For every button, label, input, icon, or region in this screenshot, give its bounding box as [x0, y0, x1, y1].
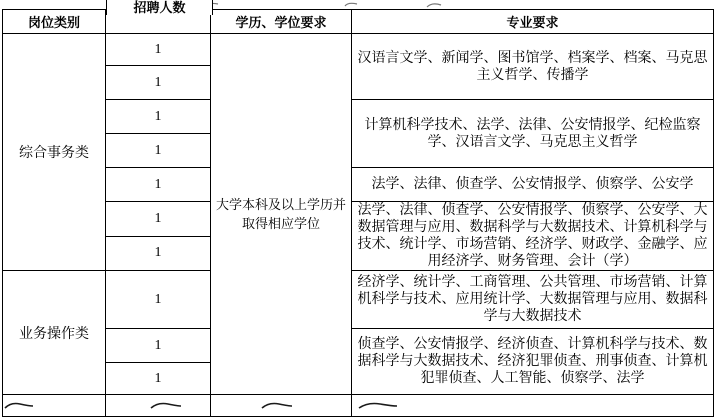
headcount-cell: 1 — [106, 100, 211, 134]
major-requirement-cell: 法学、法律、侦查学、公安情报学、侦察学、公安学、大数据管理与应用、数据科学与大数… — [352, 202, 714, 271]
category-cell-general-affairs: 综合事务类 — [3, 34, 106, 271]
headcount-cell: 1 — [106, 236, 211, 271]
header-position-category: 岗位类别 — [3, 10, 106, 34]
major-requirement-cell: 侦查学、公安情报学、经济侦查、计算机科学与技术、数据科学与大数据技术、经济犯罪侦… — [352, 329, 714, 395]
scan-artifact — [426, 1, 442, 8]
major-requirement-cell: 经济学、统计学、工商管理、公共管理、市场营销、计算机科学与技术、应用统计学、大数… — [352, 271, 714, 329]
header-major: 专业要求 — [352, 10, 714, 34]
table-row: 1 侦查学、公安情报学、经济侦查、计算机科学与技术、数据科学与大数据技术、经济犯… — [3, 329, 714, 363]
headcount-cell: 1 — [106, 168, 211, 202]
scan-artifact — [261, 401, 293, 410]
scan-artifact — [358, 401, 398, 410]
table-row: 业务操作类 1 经济学、统计学、工商管理、公共管理、市场营销、计算机科学与技术、… — [3, 271, 714, 329]
category-cell-business-operations: 业务操作类 — [3, 271, 106, 395]
headcount-cell: 1 — [106, 134, 211, 168]
table-row: 综合事务类 1 大学本科及以上学历并取得相应学位 汉语言文学、新闻学、图书馆学、… — [3, 34, 714, 66]
scan-artifact — [4, 401, 34, 410]
cut-off-table-row — [3, 395, 714, 417]
scan-artifact — [150, 401, 182, 410]
major-requirement-cell: 汉语言文学、新闻学、图书馆学、档案学、档案、马克思主义哲学、传播学 — [352, 34, 714, 100]
cut-off-row-cell — [211, 395, 352, 417]
headcount-cell: 1 — [106, 66, 211, 100]
scan-artifact — [344, 1, 358, 8]
headcount-cell: 1 — [106, 34, 211, 66]
headcount-cell: 1 — [106, 329, 211, 363]
header-education: 学历、学位要求 — [211, 10, 352, 34]
major-requirement-cell: 计算机科学技术、法学、法律、公安情报学、纪检监察学、汉语言文学、马克思主义哲学 — [352, 100, 714, 168]
cut-off-row-cell — [3, 395, 106, 417]
headcount-cell: 1 — [106, 363, 211, 395]
cut-off-row-cell — [106, 395, 211, 417]
headcount-cell: 1 — [106, 202, 211, 237]
table-row: 1 计算机科学技术、法学、法律、公安情报学、纪检监察学、汉语言文学、马克思主义哲… — [3, 100, 714, 134]
headcount-cell: 1 — [106, 271, 211, 329]
major-requirement-cell: 法学、法律、侦查学、公安情报学、侦察学、公安学 — [352, 168, 714, 202]
cut-off-row-cell — [352, 395, 714, 417]
headcount-header-extension: 招聘人数 — [106, 0, 213, 15]
recruitment-table: 岗位类别 学历、学位要求 专业要求 综合事务类 1 大学本科及以上学历并取得相应… — [2, 9, 714, 417]
education-requirement-cell: 大学本科及以上学历并取得相应学位 — [211, 34, 352, 395]
table-row: 1 法学、法律、侦查学、公安情报学、侦察学、公安学、大数据管理与应用、数据科学与… — [3, 202, 714, 237]
recruitment-table-screenshot: 岗位类别 学历、学位要求 专业要求 综合事务类 1 大学本科及以上学历并取得相应… — [0, 0, 720, 420]
table-row: 1 法学、法律、侦查学、公安情报学、侦察学、公安学 — [3, 168, 714, 202]
headcount-header-label: 招聘人数 — [107, 0, 212, 15]
